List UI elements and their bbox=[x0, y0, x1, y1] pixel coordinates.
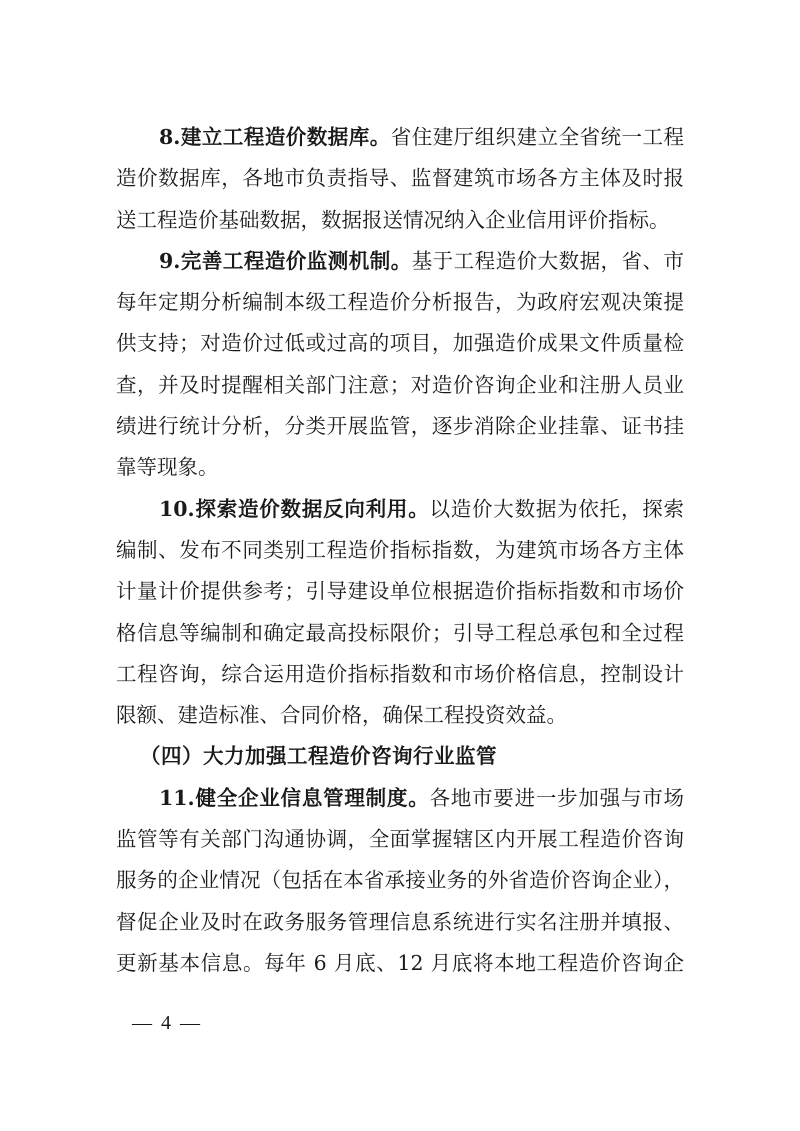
page-number: — 4 — bbox=[132, 1012, 202, 1035]
paragraph-8-line-2: 造价数据库，各地市负责指导、监督建筑市场各方主体及时报 bbox=[116, 158, 684, 199]
paragraph-10-line-4: 格信息等编制和确定最高投标限价；引导工程总承包和全过程 bbox=[116, 613, 684, 654]
item-10-title: 探索造价数据反向利用。 bbox=[195, 497, 430, 521]
item-10-text: 以造价大数据为依托，探索 bbox=[429, 497, 684, 521]
paragraph-10-line-5: 工程咨询，综合运用造价指标指数和市场价格信息，控制设计 bbox=[116, 654, 684, 695]
item-8-text: 省住建厅组织建立全省统一工程 bbox=[391, 125, 684, 149]
paragraph-11-line-4: 督促企业及时在政务服务管理信息系统进行实名注册并填报、 bbox=[116, 902, 684, 943]
paragraph-10-line-6: 限额、建造标准、合同价格，确保工程投资效益。 bbox=[116, 695, 684, 736]
item-9-number: 9. bbox=[159, 249, 180, 273]
paragraph-8-line-1: 8.建立工程造价数据库。省住建厅组织建立全省统一工程 bbox=[116, 117, 684, 158]
item-9-title: 完善工程造价监测机制。 bbox=[180, 249, 411, 273]
paragraph-10-line-1: 10.探索造价数据反向利用。以造价大数据为依托，探索 bbox=[116, 489, 684, 530]
item-10-number: 10. bbox=[159, 497, 195, 521]
item-8-number: 8. bbox=[159, 125, 180, 149]
paragraph-11-line-3: 服务的企业情况（包括在本省承接业务的外省造价咨询企业）， bbox=[116, 860, 684, 901]
paragraph-11-line-5: 更新基本信息。每年 6 月底、12 月底将本地工程造价咨询企 bbox=[116, 943, 684, 984]
paragraph-9-line-5: 绩进行统计分析，分类开展监管，逐步消除企业挂靠、证书挂 bbox=[116, 406, 684, 447]
item-8-title: 建立工程造价数据库。 bbox=[180, 125, 390, 149]
section-heading-4: （四）大力加强工程造价咨询行业监管 bbox=[116, 736, 684, 777]
paragraph-11-line-2: 监管等有关部门沟通协调，全面掌握辖区内开展工程造价咨询 bbox=[116, 819, 684, 860]
item-11-number: 11. bbox=[159, 786, 195, 810]
paragraph-9-line-6: 靠等现象。 bbox=[116, 447, 684, 488]
item-9-text: 基于工程造价大数据，省、市 bbox=[412, 249, 684, 273]
paragraph-9-line-2: 每年定期分析编制本级工程造价分析报告，为政府宏观决策提 bbox=[116, 282, 684, 323]
paragraph-8-line-3: 送工程造价基础数据，数据报送情况纳入企业信用评价指标。 bbox=[116, 200, 684, 241]
item-11-text: 各地市要进一步加强与市场 bbox=[429, 786, 684, 810]
item-11-title: 健全企业信息管理制度。 bbox=[195, 786, 430, 810]
paragraph-11-line-1: 11.健全企业信息管理制度。各地市要进一步加强与市场 bbox=[116, 778, 684, 819]
document-page: 8.建立工程造价数据库。省住建厅组织建立全省统一工程 造价数据库，各地市负责指导… bbox=[116, 117, 684, 984]
paragraph-9-line-3: 供支持；对造价过低或过高的项目，加强造价成果文件质量检 bbox=[116, 323, 684, 364]
paragraph-10-line-2: 编制、发布不同类别工程造价指标指数，为建筑市场各方主体 bbox=[116, 530, 684, 571]
paragraph-9-line-4: 查，并及时提醒相关部门注意；对造价咨询企业和注册人员业 bbox=[116, 365, 684, 406]
paragraph-10-line-3: 计量计价提供参考；引导建设单位根据造价指标指数和市场价 bbox=[116, 571, 684, 612]
paragraph-9-line-1: 9.完善工程造价监测机制。基于工程造价大数据，省、市 bbox=[116, 241, 684, 282]
